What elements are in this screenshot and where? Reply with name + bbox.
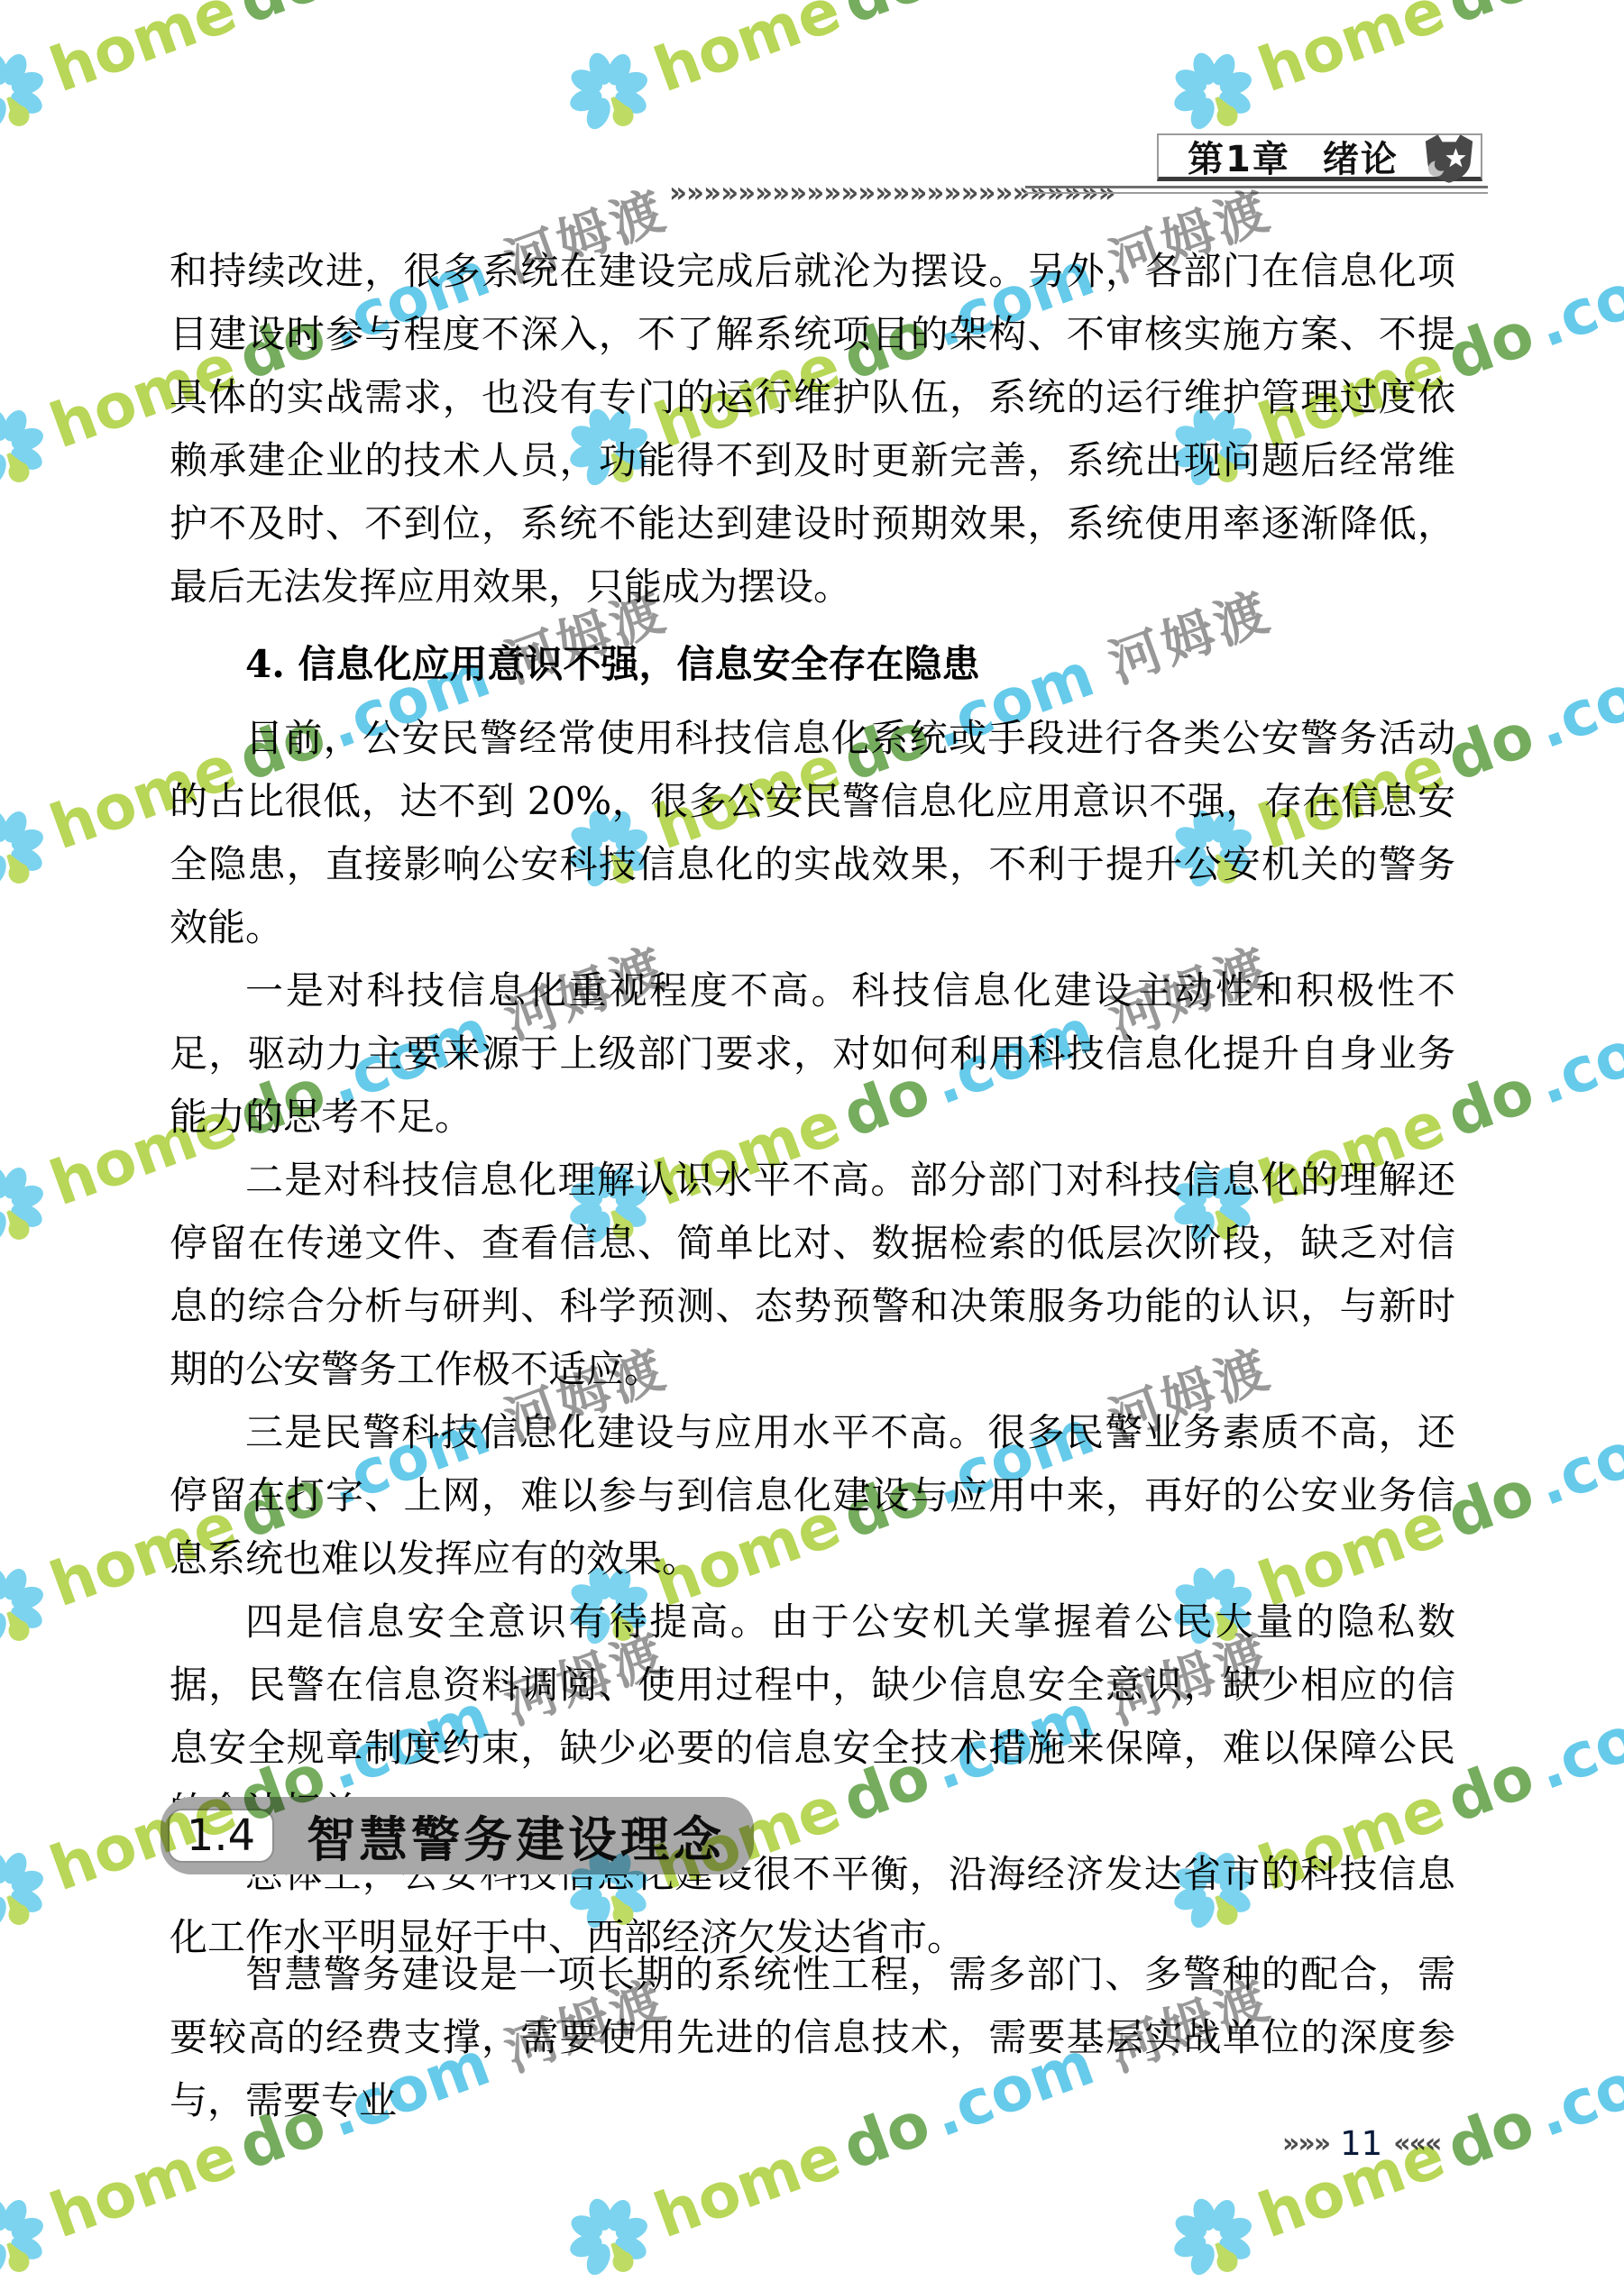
watermark-text-com: .com [1529, 1686, 1624, 1801]
paragraph: 二是对科技信息化理解认识水平不高。部分部门对科技信息化的理解还停留在传递文件、查… [170, 1149, 1455, 1401]
flower-icon [0, 793, 60, 904]
section-number: 1.4 [168, 1809, 274, 1863]
watermark-text-home: home [1252, 0, 1453, 103]
watermark: homedo.com河姆渡 [0, 0, 680, 147]
watermark-text-com: .com [1529, 2033, 1624, 2148]
watermark-text-home: home [43, 2125, 244, 2248]
watermark-text-com: .com [1529, 243, 1624, 358]
flower-icon [0, 36, 60, 147]
paragraph: 智慧警务建设是一项长期的系统性工程，需多部门、多警种的配合，需要较高的经费支撑，… [170, 1943, 1455, 2132]
shield-badge-icon [1420, 133, 1478, 184]
book-page: »»»»»»»»»»»»»»»»»»»»»»»»»» 第1章 绪论 和持续改进，… [0, 0, 1624, 2291]
section-heading-band: 1.4 智慧警务建设理念 [161, 1797, 754, 1874]
watermark-text-do: do [836, 0, 938, 34]
watermark-text-com: .com [321, 0, 498, 2]
watermark: homedo.com河姆渡 [554, 0, 1284, 147]
watermark-text-home: home [647, 2125, 849, 2248]
watermark-text-home: home [43, 0, 244, 103]
flower-icon [554, 36, 665, 147]
watermark: homedo.com河姆渡 [1158, 0, 1624, 147]
header-rule [1025, 186, 1488, 194]
watermark-text-com: .com [1529, 645, 1624, 759]
watermark-text-com: .com [925, 0, 1102, 2]
paragraph: 一是对科技信息化重视程度不高。科技信息化建设主动性和积极性不足，驱动力主要来源于… [170, 959, 1455, 1149]
flower-icon [0, 2182, 60, 2291]
flower-icon [0, 1150, 60, 1260]
body-text: 和持续改进，很多系统在建设完成后就沦为摆设。另外，各部门在信息化项目建设时参与程… [170, 240, 1455, 1969]
page-footer: »»» 11 ««« [1282, 2124, 1440, 2163]
subheading: 4. 信息化应用意识不强，信息安全存在隐患 [170, 633, 1455, 696]
watermark-text-com: .com [1529, 0, 1624, 2]
watermark-text-com: .com [1529, 1001, 1624, 1115]
flower-icon [0, 1551, 60, 1662]
paragraph: 三是民警科技信息化建设与应用水平不高。很多民警业务素质不高，还停留在打字、上网，… [170, 1401, 1455, 1590]
page-number: 11 [1340, 2124, 1382, 2163]
footer-left-chevrons-icon: »»» [1282, 2128, 1329, 2159]
chapter-header: 第1章 绪论 [1157, 133, 1482, 181]
flower-icon [1158, 2182, 1269, 2291]
flower-icon [554, 2182, 665, 2291]
section-body-text: 智慧警务建设是一项长期的系统性工程，需多部门、多警种的配合，需要较高的经费支撑，… [170, 1943, 1455, 2132]
header-chevron-band: »»»»»»»»»»»»»»»»»»»»»»»»»» [669, 177, 1033, 209]
watermark-text-home: home [647, 0, 849, 103]
watermark-text-do: do [232, 0, 334, 34]
footer-right-chevrons-icon: ««« [1393, 2128, 1440, 2159]
flower-icon [0, 392, 60, 503]
chapter-title: 绪论 [1323, 131, 1399, 182]
section-title: 智慧警务建设理念 [307, 1801, 725, 1871]
paragraph: 目前，公安民警经常使用科技信息化系统或手段进行各类公安警务活动的占比很低，达不到… [170, 707, 1455, 959]
chapter-label: 第1章 [1188, 131, 1290, 182]
paragraph: 和持续改进，很多系统在建设完成后就沦为摆设。另外，各部门在信息化项目建设时参与程… [170, 240, 1455, 619]
flower-icon [0, 1835, 60, 1946]
watermark-text-com: .com [1529, 1402, 1624, 1517]
watermark-text-do: do [1440, 0, 1542, 34]
